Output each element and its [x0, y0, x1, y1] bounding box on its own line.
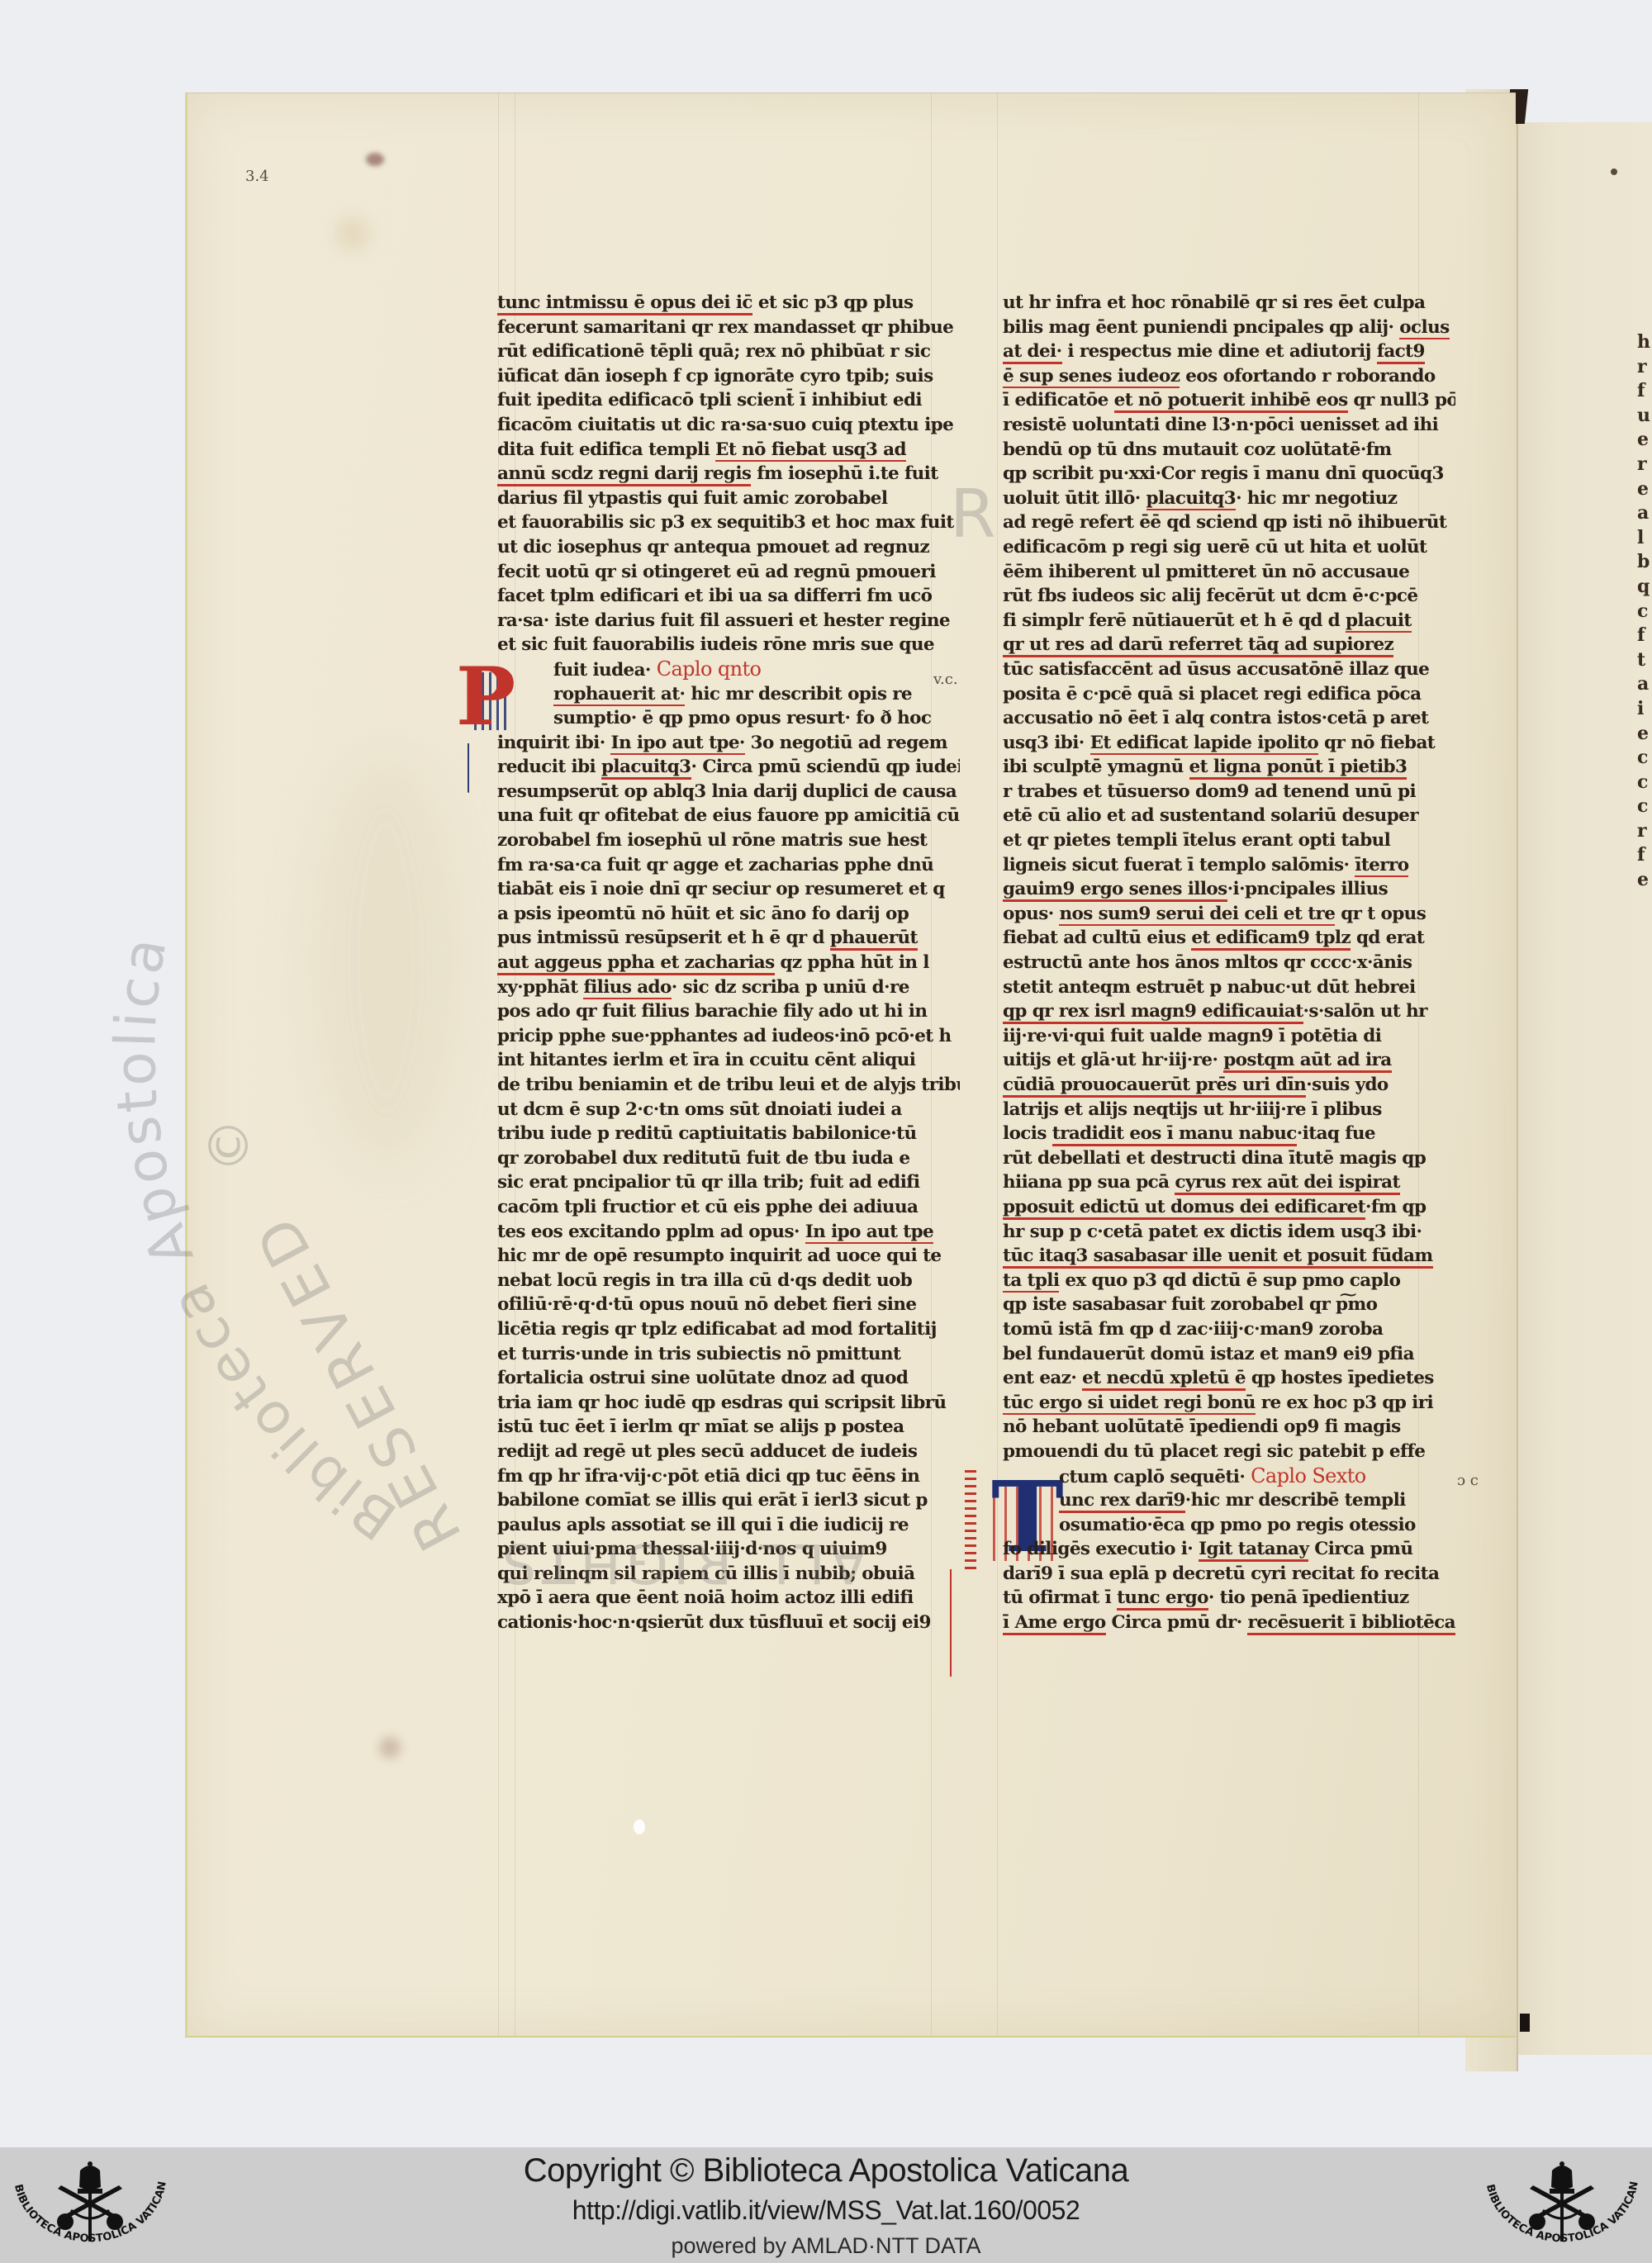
line-text: ēēm ihiberent ul pmitteret ūn nō accusau… — [1003, 562, 1409, 582]
lemma-underlined: postqm aūt ad ira — [1223, 1050, 1391, 1073]
manuscript-line: fm qp hr īfra·vij·c·pōt etiā dici qp tuc… — [497, 1464, 960, 1489]
line-text: darī9 ī sua eplā p decretū cyri recitat … — [1003, 1563, 1439, 1584]
line-text-rest: · tio penā īpedientiuz — [1208, 1587, 1409, 1608]
lemma-underlined: et ligna ponūt ī pietib3 — [1189, 757, 1408, 780]
manuscript-line: a psis ipeomtū nō hūit et sic āno fo dar… — [497, 902, 960, 927]
manuscript-line: opus· nos sum9 serui dei celi et tre qr … — [1003, 902, 1455, 927]
binding-tab-bottom — [1520, 2014, 1530, 2032]
manuscript-line: ad regē refert ēē qd sciend qp isti nō i… — [1003, 510, 1455, 535]
line-text: opus· — [1003, 904, 1059, 924]
line-text: iūficat dān ioseph f cp ignorāte cyro tp… — [497, 366, 933, 387]
next-page-letter: f — [1637, 843, 1652, 868]
line-text: sic erat pncipalior tū qr illa trib; fui… — [497, 1172, 919, 1193]
manuscript-line: fi simplr ferē nūtiauerūt et h ē qd d pl… — [1003, 609, 1455, 633]
line-text: osumatio·ēca qp pmo po regis otessio — [1059, 1515, 1416, 1535]
line-text: istū tuc ēet ī ierlm qr mīat se alijs p … — [497, 1416, 904, 1437]
papal-coat-of-arms-icon: BIBLIOTECA APOSTOLICA VATICANA — [1475, 2152, 1649, 2261]
manuscript-line: accusatio nō ēet ī alq contra istos·cetā… — [1003, 706, 1455, 731]
line-text-rest: qr null3 pōt — [1348, 390, 1455, 410]
line-text: fecerunt samaritani qr rex mandasset qr … — [497, 317, 953, 338]
line-text: paulus apls assotiat se ill qui ī die iu… — [497, 1515, 909, 1535]
line-text: pricip pphe sue·pphantes ad iudeos·inō p… — [497, 1026, 952, 1046]
next-page-letter: r — [1637, 819, 1652, 844]
manuscript-line: darī9 ī sua eplā p decretū cyri recitat … — [1003, 1562, 1455, 1587]
manuscript-line: qui relinqm sil rapiem cū illis ī nubib;… — [497, 1562, 960, 1587]
line-text: tiabāt eis ī noie dnī qr seciur op resum… — [497, 879, 945, 899]
manuscript-line: fm ra·sa·ca fuit qr agge et zacharias pp… — [497, 853, 960, 878]
line-text: qp iste sasabasar fuit zorobabel qr p͠mo — [1003, 1294, 1377, 1315]
margin-note-right: ɔ c — [1457, 1472, 1479, 1489]
line-text: qr ut res ad darū referret tāq ad supior… — [1003, 634, 1393, 657]
next-page-letter: c — [1637, 746, 1652, 771]
manuscript-line: ibi sculptē ymagnū et ligna ponūt ī piet… — [1003, 755, 1455, 780]
line-text: uoluit ūtit illō· — [1003, 488, 1146, 509]
manuscript-line: licētia regis qr tplz edificabat ad mod … — [497, 1317, 960, 1342]
manuscript-line: pricip pphe sue·pphantes ad iudeos·inō p… — [497, 1024, 960, 1049]
line-text: ta tpli — [1003, 1270, 1059, 1293]
line-text: gauim9 ergo senes illos — [1003, 879, 1227, 902]
line-text: unc rex darī9 — [1059, 1490, 1185, 1513]
line-text-rest: re ex hoc p3 qp iri — [1256, 1392, 1433, 1413]
line-text: rūt fbs iudeos sic alij fecērūt ut dcm ē… — [1003, 586, 1418, 606]
manuscript-line: gauim9 ergo senes illos·i·pncipales illi… — [1003, 877, 1455, 902]
line-text: at dei· — [1003, 341, 1062, 364]
manuscript-line: unc rex darī9·hic mr describē templi — [1003, 1488, 1455, 1513]
line-text: fuit iudea· — [553, 660, 651, 681]
manuscript-line: tomū istā fm qp d zac·iiij·c·man9 zoroba — [1003, 1317, 1455, 1342]
line-text: pient uiui·pma thessal·iiij·d·nos q uiui… — [497, 1539, 887, 1559]
lemma-underlined: et necdū xpletū ē — [1082, 1368, 1246, 1391]
line-text: bel fundauerūt domū istaz et man9 ei9 pf… — [1003, 1344, 1414, 1364]
line-text-rest: i respectus mie dine et adiutorij — [1062, 341, 1377, 362]
line-text-rest: qz ppha hūt in l — [775, 952, 929, 973]
line-text: locis — [1003, 1123, 1052, 1144]
line-text: uitijs et glā·ut hr·iij·re· — [1003, 1050, 1223, 1070]
manuscript-line: reducit ibi placuitq3· Circa pmū sciendū… — [497, 755, 960, 780]
next-page-letter: e — [1637, 477, 1652, 502]
line-text-rest: qp hostes īpedietes — [1246, 1368, 1434, 1388]
line-text: cacōm tpli fructior et cū eis pphe dei a… — [497, 1197, 918, 1217]
line-text: estructū ante hos ānos mltos qr cccc·x·ā… — [1003, 952, 1412, 973]
line-text: fiebat ad cultū eius — [1003, 927, 1191, 948]
manuscript-line: hiiana pp sua pcā cyrus rex aūt dei ispi… — [1003, 1170, 1455, 1195]
line-text: darius fil ytpastis qui fuit amic zoroba… — [497, 488, 887, 509]
manuscript-line: locis tradidit eos ī manu nabuc·itaq fue — [1003, 1122, 1455, 1146]
line-text: dita fuit edifica templi — [497, 439, 715, 460]
manuscript-line: aut aggeus ppha et zacharias qz ppha hūt… — [497, 951, 960, 975]
next-page-letter: e — [1637, 722, 1652, 747]
line-text: tūc ergo si uidet regi bonū — [1003, 1392, 1256, 1416]
lemma-underlined: Igit tatanay — [1199, 1539, 1308, 1562]
manuscript-line: fortalicia ostrui sine uolūtate dnoz ad … — [497, 1366, 960, 1391]
manuscript-line: at dei· i respectus mie dine et adiutori… — [1003, 339, 1455, 364]
manuscript-line: fo diligēs executio i· Igit tatanay Circ… — [1003, 1537, 1455, 1562]
line-text: rophauerit at· — [553, 684, 685, 707]
line-text: ctum caplō sequēti· — [1059, 1467, 1245, 1487]
lemma-underlined: In ipo aut tpe — [805, 1222, 933, 1245]
manuscript-line: pmouendi du tū placet regi sic patebit p… — [1003, 1440, 1455, 1464]
manuscript-line: etē cū alio et ad sustentand solariū des… — [1003, 804, 1455, 828]
line-text: ut dcm ē sup 2·c·tn oms sūt dnoiati iude… — [497, 1099, 902, 1120]
manuscript-line: ī edificatōe et nō potuerit inhibē eos q… — [1003, 388, 1455, 413]
line-text: bendū op tū dns mutauit coz uolūtatē·fm — [1003, 439, 1392, 460]
manuscript-line: de tribu beniamin et de tribu leui et de… — [497, 1073, 960, 1098]
manuscript-line: cationis·hoc·n·qsierūt dux tūsfluuī et s… — [497, 1611, 960, 1635]
manuscript-line: resistē uoluntati dine l3·n·pōci uenisse… — [1003, 413, 1455, 438]
manuscript-line: pus intmissū resūpserit et h ē qr d phau… — [497, 926, 960, 951]
line-text: ut dic iosephus qr antequa pmouet ad reg… — [497, 537, 929, 557]
manuscript-line: xy·pphāt filius ado· sic dz scriba p uni… — [497, 975, 960, 1000]
line-text: qp scribit pu·xxi·Cor regis ī manu dnī q… — [1003, 463, 1444, 484]
lemma-underlined: placuitq3 — [1146, 488, 1237, 511]
next-page-letter: c — [1637, 771, 1652, 795]
line-text: nebat locū regis in tra illa cū d·qs ded… — [497, 1270, 912, 1291]
line-text: zorobabel fm iosephū ul rōne matris sue … — [497, 830, 927, 851]
line-text: qr zorobabel dux reditutū fuit de tbu iu… — [497, 1148, 909, 1169]
manuscript-line: babilone comīat se illis qui erāt ī ierl… — [497, 1488, 960, 1513]
manuscript-line: hr sup p c·cetā patet ex dictis idem usq… — [1003, 1220, 1455, 1245]
text-column-right: ut hr infra et hoc rōnabilē qr si res ēe… — [1003, 291, 1455, 1635]
next-page-letter: e — [1637, 868, 1652, 893]
manuscript-line: edificacōm p regi sig uerē cū ut hita et… — [1003, 535, 1455, 560]
lemma-underlined: fact9 — [1377, 341, 1425, 364]
line-text: tūc satisfaccēnt ad ūsus accusatōnē illa… — [1003, 659, 1429, 680]
manuscript-line: nō hebant uolūtatē īpediendi op9 fi magi… — [1003, 1415, 1455, 1440]
line-text: rūt edificationē tēpli quā; rex nō phibū… — [497, 341, 930, 362]
line-text: posita ē c·pcē quā si placet regi edific… — [1003, 684, 1421, 705]
line-text: xpō ī aera que ēent noiā hoim actoz illi… — [497, 1587, 914, 1608]
line-text: ē sup senes iudeoz — [1003, 366, 1180, 389]
manuscript-line: fecit uotū qr si otingeret eū ad regnū p… — [497, 560, 960, 585]
line-text: usq3 ibi· — [1003, 733, 1090, 753]
manuscript-line: r trabes et tūsuerso dom9 ad tenend unū … — [1003, 780, 1455, 804]
text-column-left: tunc intmissu ē opus dei ic̄ et sic p3 q… — [497, 291, 960, 1635]
line-text: bilis mag ēent puniendi pncipales qp ali… — [1003, 317, 1399, 338]
line-text-rest: et sic p3 qp plus — [752, 292, 914, 313]
line-text: edificacōm p regi sig uerē cū ut hita et… — [1003, 537, 1427, 557]
next-page-letter: i — [1637, 697, 1652, 722]
manuscript-line: cacōm tpli fructior et cū eis pphe dei a… — [497, 1195, 960, 1220]
line-text: stetit anteqm estruēt p nabuc·ut dūt heb… — [1003, 977, 1416, 998]
line-text: ibi sculptē ymagnū — [1003, 757, 1189, 777]
manuscript-line: bendū op tū dns mutauit coz uolūtatē·fm — [1003, 438, 1455, 463]
lemma-underlined: placuitq3 — [601, 757, 691, 780]
manuscript-line: tūc satisfaccēnt ad ūsus accusatōnē illa… — [1003, 657, 1455, 682]
line-text: ad regē refert ēē qd sciend qp isti nō i… — [1003, 512, 1446, 533]
line-text: cationis·hoc·n·qsierūt dux tūsfluuī et s… — [497, 1612, 931, 1633]
powered-by-text: powered by AMLAD·NTT DATA — [0, 2233, 1652, 2259]
papal-coat-of-arms-icon: BIBLIOTECA APOSTOLICA VATICANA — [3, 2152, 177, 2261]
line-text: xy·pphāt — [497, 977, 583, 998]
line-text: fecit uotū qr si otingeret eū ad regnū p… — [497, 562, 936, 582]
manuscript-line: darius fil ytpastis qui fuit amic zoroba… — [497, 486, 960, 511]
line-text: resistē uoluntati dine l3·n·pōci uenisse… — [1003, 415, 1438, 435]
manuscript-line: ī Ame ergo Circa pmū dr· recēsuerit ī bi… — [1003, 1611, 1455, 1635]
line-text-rest: qd erat — [1351, 927, 1424, 948]
next-page-letter: l — [1637, 526, 1652, 551]
manuscript-line: paulus apls assotiat se ill qui ī die iu… — [497, 1513, 960, 1538]
manuscript-line: ficacōm ciuitatis ut dic ra·sa·suo cuiq … — [497, 413, 960, 438]
line-text: int hitantes ierlm et īra in ccuitu cēnt… — [497, 1050, 915, 1070]
line-text: tria iam qr hoc iudē qp esdras qui scrip… — [497, 1392, 946, 1413]
lemma-underlined: phauerūt — [830, 927, 918, 951]
line-text: pposuit edictū ut domus dei edificaret — [1003, 1197, 1365, 1220]
lemma-underlined: recēsuerit ī bibliotēca — [1247, 1612, 1455, 1635]
line-text-rest: Circa pmū dr· — [1106, 1612, 1248, 1633]
next-page-letter: e — [1637, 428, 1652, 453]
lemma-underlined: tradidit eos ī manu nabuc — [1052, 1123, 1297, 1146]
manuscript-line: bilis mag ēent puniendi pncipales qp ali… — [1003, 315, 1455, 340]
line-text: tū ofirmat ī — [1003, 1587, 1117, 1608]
line-text: etē cū alio et ad sustentand solariū des… — [1003, 805, 1418, 826]
line-text: fi simplr ferē nūtiauerūt et h ē qd d — [1003, 610, 1346, 631]
manuscript-line: iij·re·vi·qui fuit ualde magn9 ī potētia… — [1003, 1024, 1455, 1049]
manuscript-line: tes eos excitando pplm ad opus· In ipo a… — [497, 1220, 960, 1245]
manuscript-line: redijt ad regē ut ples secū adducet de i… — [497, 1440, 960, 1464]
svg-text:BIBLIOTECA APOSTOLICA VATICANA: BIBLIOTECA APOSTOLICA VATICANA — [3, 2152, 169, 2245]
manuscript-line: et fauorabilis sic p3 ex sequitib3 et ho… — [497, 510, 960, 535]
line-text: annū scdz regni darij regis — [497, 463, 751, 486]
manuscript-line: sic erat pncipalior tū qr illa trib; fui… — [497, 1170, 960, 1195]
manuscript-line: rūt edificationē tēpli quā; rex nō phibū… — [497, 339, 960, 364]
margin-note-top: 3.4 — [245, 168, 269, 185]
next-page-text-fragment: hrfuerealbqcftaiecccrfe — [1637, 330, 1652, 893]
manuscript-line: xpō ī aera que ēent noiā hoim actoz illi… — [497, 1586, 960, 1611]
line-text: r trabes et tūsuerso dom9 ad tenend unū … — [1003, 781, 1416, 802]
line-text: fuit ipedita edificacō tpli scient̄ ī in… — [497, 390, 922, 410]
manuscript-line: inquirit ibi· In ipo aut tpe· 3o negotiū… — [497, 731, 960, 756]
manuscript-line: rophauerit at· hic mr describit opis re — [497, 682, 960, 707]
line-text: reducit ibi — [497, 757, 601, 777]
manuscript-line: tiabāt eis ī noie dnī qr seciur op resum… — [497, 877, 960, 902]
manuscript-line: annū scdz regni darij regis fm iosephū i… — [497, 462, 960, 486]
manuscript-line: fuit ipedita edificacō tpli scient̄ ī in… — [497, 388, 960, 413]
line-text: de tribu beniamin et de tribu leui et de… — [497, 1075, 960, 1095]
line-text: redijt ad regē ut ples secū adducet de i… — [497, 1441, 917, 1462]
next-page-letter: f — [1637, 379, 1652, 404]
line-text: babilone comīat se illis qui erāt ī ierl… — [497, 1490, 928, 1511]
line-text: nō hebant uolūtatē īpediendi op9 fi magi… — [1003, 1416, 1401, 1437]
next-page-letter: f — [1637, 624, 1652, 648]
next-page-letter: c — [1637, 795, 1652, 819]
manuscript-line: tria iam qr hoc iudē qp esdras qui scrip… — [497, 1391, 960, 1416]
manuscript-line: rūt debellati et destructi dina ītutē ma… — [1003, 1146, 1455, 1171]
next-page-letter: b — [1637, 550, 1652, 575]
line-text: qui relinqm sil rapiem cū illis ī nubib;… — [497, 1563, 914, 1584]
manuscript-line: qr zorobabel dux reditutū fuit de tbu iu… — [497, 1146, 960, 1171]
lemma-underlined: oclus — [1399, 317, 1449, 340]
line-text: hiiana pp sua pcā — [1003, 1172, 1175, 1193]
manuscript-line: et turris·unde in tris subiectis nō pmit… — [497, 1342, 960, 1367]
initial-flourish — [965, 1470, 976, 1569]
line-text: qp qr rex isrl magn9 edificauiat — [1003, 1001, 1303, 1024]
manuscript-line: rūt fbs iudeos sic alij fecērūt ut dcm ē… — [1003, 584, 1455, 609]
image-url-link[interactable]: http://digi.vatlib.it/view/MSS_Vat.lat.1… — [0, 2195, 1652, 2226]
line-text: tomū istā fm qp d zac·iiij·c·man9 zoroba — [1003, 1319, 1383, 1340]
line-text: accusatio nō ēet ī alq contra istos·cetā… — [1003, 708, 1428, 728]
manuscript-line: posita ē c·pcē quā si placet regi edific… — [1003, 682, 1455, 707]
manuscript-line: dita fuit edifica templi Et nō fiebat us… — [497, 438, 960, 463]
line-text-rest: ·fm qp — [1365, 1197, 1426, 1217]
line-text: ofiliū·rē·q·d·tū opus nouū nō debet fier… — [497, 1294, 916, 1315]
line-text: sumptio· ē qp pmo opus resurt· fo ð hoc — [553, 708, 931, 728]
next-page-letter: q — [1637, 575, 1652, 600]
lemma-underlined: In ipo aut tpe· — [610, 733, 744, 756]
manuscript-line: qr ut res ad darū referret tāq ad supior… — [1003, 633, 1455, 657]
line-text: hic mr de opē resumpto inquirit ad uoce … — [497, 1245, 942, 1266]
line-text: ī edificatōe — [1003, 390, 1114, 410]
manuscript-line: tūc itaq3 sasabasar ille uenit et posuit… — [1003, 1244, 1455, 1269]
manuscript-line: uitijs et glā·ut hr·iij·re· postqm aūt a… — [1003, 1048, 1455, 1073]
manuscript-line: nebat locū regis in tra illa cū d·qs ded… — [497, 1269, 960, 1293]
chapter-rubric: Caplo qnto — [657, 657, 762, 681]
line-text-rest: · sic dz scriba p uniū d·re — [672, 977, 909, 998]
line-text-rest: Circa pmū — [1308, 1539, 1412, 1559]
line-text: et fauorabilis sic p3 ex sequitib3 et ho… — [497, 512, 954, 533]
manuscript-line: et qr pietes templi ītelus erant opti ta… — [1003, 828, 1455, 853]
manuscript-line: tunc intmissu ē opus dei ic̄ et sic p3 q… — [497, 291, 960, 315]
line-text: fo diligēs executio i· — [1003, 1539, 1199, 1559]
line-text: ra·sa· iste darius fuit fil assueri et h… — [497, 610, 950, 631]
line-text: pmouendi du tū placet regi sic patebit p… — [1003, 1441, 1425, 1462]
line-text: una fuit qr ofitebat de eius fauore pp a… — [497, 805, 960, 826]
line-text: fm qp hr īfra·vij·c·pōt etiā dici qp tuc… — [497, 1466, 919, 1487]
line-text: ficacōm ciuitatis ut dic ra·sa·suo cuiq … — [497, 415, 953, 435]
line-text: et qr pietes templi ītelus erant opti ta… — [1003, 830, 1390, 851]
line-text: pus intmissū resūpserit et h ē qr d — [497, 927, 830, 948]
line-text: tes eos excitando pplm ad opus· — [497, 1222, 805, 1242]
manuscript-line: bel fundauerūt domū istaz et man9 ei9 pf… — [1003, 1342, 1455, 1367]
manuscript-line: pos ado qr fuit filius barachie fily ado… — [497, 999, 960, 1024]
next-page-letter: t — [1637, 648, 1652, 673]
manuscript-line: ut dcm ē sup 2·c·tn oms sūt dnoiati iude… — [497, 1098, 960, 1122]
manuscript-line: zorobabel fm iosephū ul rōne matris sue … — [497, 828, 960, 853]
manuscript-line: ē sup senes iudeoz eos ofortando r robor… — [1003, 364, 1455, 389]
line-text: tūc itaq3 sasabasar ille uenit et posuit… — [1003, 1245, 1433, 1269]
manuscript-line: tūc ergo si uidet regi bonū re ex hoc p3… — [1003, 1391, 1455, 1416]
lemma-underlined: et edificam9 tplz — [1191, 927, 1351, 951]
line-text-rest: ·hic mr describē templi — [1185, 1490, 1406, 1511]
line-text: ut hr infra et hoc rōnabilē qr si res ēe… — [1003, 292, 1425, 313]
lemma-underlined: Et edificat lapide ipolito — [1090, 733, 1319, 756]
line-text-rest: fm iosephū i.te fuit — [751, 463, 938, 484]
manuscript-line: ofiliū·rē·q·d·tū opus nouū nō debet fier… — [497, 1293, 960, 1317]
line-text: rūt debellati et destructi dina ītutē ma… — [1003, 1148, 1426, 1169]
manuscript-line: osumatio·ēca qp pmo po regis otessio — [1003, 1513, 1455, 1538]
line-text: cūdiā prouocauerūt prēs uri dīn — [1003, 1075, 1306, 1098]
manuscript-line: cūdiā prouocauerūt prēs uri dīn·suis ydo — [1003, 1073, 1455, 1098]
manuscript-line: ut hr infra et hoc rōnabilē qr si res ēe… — [1003, 291, 1455, 315]
manuscript-line: pposuit edictū ut domus dei edificaret·f… — [1003, 1195, 1455, 1220]
manuscript-line: qp scribit pu·xxi·Cor regis ī manu dnī q… — [1003, 462, 1455, 486]
line-text: et turris·unde in tris subiectis nō pmit… — [497, 1344, 900, 1364]
next-page-letter: a — [1637, 672, 1652, 697]
manuscript-line: ut dic iosephus qr antequa pmouet ad reg… — [497, 535, 960, 560]
copyright-footer: Copyright © Biblioteca Apostolica Vatica… — [0, 2147, 1652, 2263]
manuscript-line: usq3 ibi· Et edificat lapide ipolito qr … — [1003, 731, 1455, 756]
line-text-rest: hic mr describit opis re — [685, 684, 912, 705]
manuscript-line: ligneis sicut fuerat ī templo salōmis· ī… — [1003, 853, 1455, 878]
manuscript-line: sumptio· ē qp pmo opus resurt· fo ð hoc — [497, 706, 960, 731]
manuscript-line: resumpserūt op ablq3 lnia darij duplici … — [497, 780, 960, 804]
next-page-letter: c — [1637, 600, 1652, 624]
line-text: fortalicia ostrui sine uolūtate dnoz ad … — [497, 1368, 908, 1388]
manuscript-line: tū ofirmat ī tunc ergo· tio penā īpedien… — [1003, 1586, 1455, 1611]
manuscript-line: qp iste sasabasar fuit zorobabel qr p͠mo — [1003, 1293, 1455, 1317]
line-text-rest: · Circa pmū sciendū qp iudei — [691, 757, 960, 777]
line-text-rest: ·suis ydo — [1306, 1075, 1388, 1095]
lemma-underlined: Et nō fiebat usq3 ad — [715, 439, 906, 463]
manuscript-line: qp qr rex isrl magn9 edificauiat·s·salōn… — [1003, 999, 1455, 1024]
line-text-rest: eos ofortando r roborando — [1180, 366, 1435, 387]
line-text-rest: ·s·salōn ut hr — [1303, 1001, 1427, 1022]
lemma-underlined: placuit — [1346, 610, 1412, 633]
manuscript-line: int hitantes ierlm et īra in ccuitu cēnt… — [497, 1048, 960, 1073]
manuscript-line: una fuit qr ofitebat de eius fauore pp a… — [497, 804, 960, 828]
lemma-underlined: et nō potuerit inhibē eos — [1114, 390, 1348, 413]
manuscript-line: fecerunt samaritani qr rex mandasset qr … — [497, 315, 960, 340]
manuscript-line: hic mr de opē resumpto inquirit ad uoce … — [497, 1244, 960, 1269]
lemma-underlined: tunc ergo — [1117, 1587, 1208, 1611]
manuscript-line: iūficat dān ioseph f cp ignorāte cyro tp… — [497, 364, 960, 389]
manuscript-line: estructū ante hos ānos mltos qr cccc·x·ā… — [1003, 951, 1455, 975]
line-text: facet tplm edificari et ibi ua sa differ… — [497, 586, 932, 606]
manuscript-line: pient uiui·pma thessal·iiij·d·nos q uiui… — [497, 1537, 960, 1562]
line-text: resumpserūt op ablq3 lnia darij duplici … — [497, 781, 957, 802]
line-text-rest: · hic mr negotiuz — [1236, 488, 1397, 509]
line-text: iij·re·vi·qui fuit ualde magn9 ī potētia… — [1003, 1026, 1381, 1046]
line-text-rest: qr t opus — [1335, 904, 1426, 924]
manuscript-line: istū tuc ēet ī ierlm qr mīat se alijs p … — [497, 1415, 960, 1440]
manuscript-line: stetit anteqm estruēt p nabuc·ut dūt heb… — [1003, 975, 1455, 1000]
line-text-rest: qr nō fiebat — [1318, 733, 1435, 753]
line-text: ligneis sicut fuerat ī templo salōmis· — [1003, 855, 1355, 875]
manuscript-line: ta tpli ex quo p3 qd dictū ē sup pmo cap… — [1003, 1269, 1455, 1293]
manuscript-line: ent eaz· et necdū xpletū ē qp hostes īpe… — [1003, 1366, 1455, 1391]
manuscript-line: et sic fuit fauorabilis iudeis rōne mris… — [497, 633, 960, 657]
line-text: et sic fuit fauorabilis iudeis rōne mris… — [497, 634, 934, 655]
next-page-letter: r — [1637, 453, 1652, 477]
line-text: ent eaz· — [1003, 1368, 1082, 1388]
line-text: ī Ame ergo — [1003, 1612, 1106, 1635]
line-text: a psis ipeomtū nō hūit et sic āno fo dar… — [497, 904, 909, 924]
manuscript-line: uoluit ūtit illō· placuitq3· hic mr nego… — [1003, 486, 1455, 511]
line-text: fm ra·sa·ca fuit qr agge et zacharias pp… — [497, 855, 933, 875]
line-text-rest: ·i·pncipales illius — [1227, 879, 1388, 899]
line-text-rest: ·itaq fue — [1297, 1123, 1375, 1144]
lemma-underlined: cyrus rex aūt dei ispirat — [1175, 1172, 1399, 1195]
line-text: aut aggeus ppha et zacharias — [497, 952, 775, 975]
chapter-rubric: Caplo Sexto — [1251, 1464, 1365, 1487]
line-text: pos ado qr fuit filius barachie fily ado… — [497, 1001, 927, 1022]
next-page-letter: h — [1637, 330, 1652, 355]
next-page-letter: r — [1637, 355, 1652, 380]
line-text: inquirit ibi· — [497, 733, 610, 753]
lemma-underlined: filius ado — [583, 977, 671, 1000]
lemma-underlined: īterro — [1355, 855, 1408, 878]
copyright-text: Copyright © Biblioteca Apostolica Vatica… — [0, 2152, 1652, 2189]
line-text-rest: 3o negotiū ad regem — [745, 733, 947, 753]
line-text: hr sup p c·cetā patet ex dictis idem usq… — [1003, 1222, 1422, 1242]
manuscript-line: facet tplm edificari et ibi ua sa differ… — [497, 584, 960, 609]
manuscript-line: ra·sa· iste darius fuit fil assueri et h… — [497, 609, 960, 633]
line-text: tribu iude p reditū captiuitatis babilon… — [497, 1123, 917, 1144]
next-page-letter: a — [1637, 501, 1652, 526]
manuscript-line: latrijs et alijs neqtijs ut hr·iiij·re ī… — [1003, 1098, 1455, 1122]
next-page-edge — [1517, 122, 1652, 2055]
lemma-underlined: nos sum9 serui dei celi et tre — [1059, 904, 1335, 927]
manuscript-line: fiebat ad cultū eius et edificam9 tplz q… — [1003, 926, 1455, 951]
